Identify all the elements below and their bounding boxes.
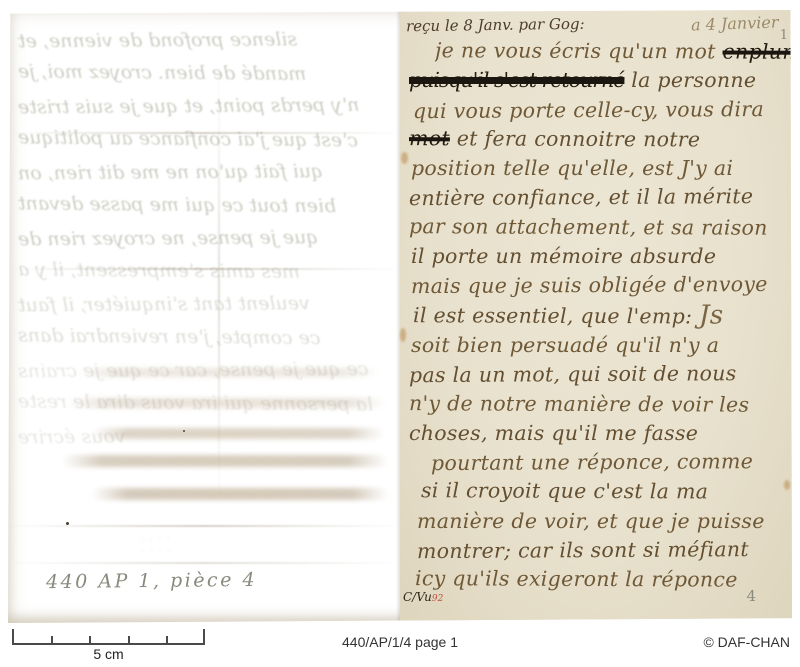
letter-line: manière de voir, et que je puisse [417,507,792,536]
rust-spot [400,328,406,342]
bleedthrough-line: que je pense, ne croyez rien de [18,221,386,257]
scale-tick [203,629,205,643]
letter-text: choses, mais qu'il me fasse [409,421,698,445]
letter-line: mot et fera connoitre notre [409,124,792,155]
struck-out-text: mot [409,126,450,150]
ink-smudge [62,455,388,467]
scale-tick [89,636,91,643]
letter-paper: silence profond de vienne, etmandé de bi… [8,10,792,623]
letter-line: il est essentiel, que l'emp: Js [413,300,792,332]
scale-tick [51,636,53,643]
scanned-letter-view: silence profond de vienne, etmandé de bi… [0,0,800,667]
letter-line: qui vous porte celle-cy, vous dira [413,94,792,126]
letter-text: pas la un mot, qui soit de nous [409,361,737,387]
bleedthrough-text: silence profond de vienne, etmandé de bi… [18,24,386,453]
letter-text: soit bien persuadé qu'il n'y a [411,333,719,357]
scale-label: 5 cm [12,646,205,662]
ink-smudge [78,368,378,377]
letter-line: mais que je suis obligée d'envoye [411,270,792,302]
stamp-text: · · · · [140,532,171,545]
letter-line: position telle qu'elle, est J'y ai [411,154,792,183]
bleedthrough-line: n'y perds point, et que je suis triste [18,89,386,125]
letter-text: manière de voir, et que je puisse [417,509,765,533]
letter-line: je ne vous écris qu'un mot enplume— [435,36,792,67]
bleedthrough-line: veulent tant s'inquiéter, il faut [18,287,386,323]
letter-text: icy qu'ils exigeront la réponce [415,567,738,592]
caption-bar: 5 cm 440/AP/1/4 page 1 © DAF-CHAN [0,623,800,667]
ink-smudge [68,398,386,408]
document-caption: 440/AP/1/4 page 1 [342,634,458,650]
paper-crease [8,525,400,527]
letter-line: par son attachement, et sa raison [409,212,792,243]
paper-crease [8,268,400,270]
letter-text: pourtant une réponce, comme [431,449,753,475]
letter-text: par son attachement, et sa raison [409,214,768,240]
letter-line: soit bien persuadé qu'il n'y a [411,331,792,360]
scale-tick [166,636,168,643]
letter-text: position telle qu'elle, est J'y ai [411,156,733,180]
rust-spot [401,152,408,164]
letter-text: la personne [624,68,756,92]
letter-line: pourtant une réponce, comme [431,447,792,479]
letter-line: n'y de notre manière de voir les [409,389,792,420]
letter-line: puisqu'il s'est retourné la personne [409,66,792,95]
letter-text: entière confiance, et il la mérite [409,185,753,211]
letter-text: montrer; car ils sont si méfiant [417,537,749,563]
letter-text: qui vous porte celle-cy, vous dira [413,97,764,123]
letter-line: entière confiance, et il la mérite [409,182,792,214]
letter-line: il porte un mémoire absurde [411,242,792,271]
letter-line: montrer; car ils sont si méfiant [417,535,792,567]
ink-smudge [92,428,384,439]
ink-smudge [92,488,388,500]
letter-line: choses, mais qu'il me fasse [409,419,792,448]
letter-text: mais que je suis obligée d'envoye [411,272,768,298]
scale-tick [12,629,14,643]
bleedthrough-line: mandé de bien. croyez moi, je [18,55,386,91]
bleedthrough-line: ce compte, j'en reviendrai dans [18,319,386,355]
corner-mark-number: 92 [432,594,443,604]
stamp-text: · · · · [141,544,172,557]
copyright-notice: © DAF-CHAN [703,634,790,650]
scale-tick [128,636,130,643]
bleedthrough-line: qui fait qu'on ne me dit rien, on [18,155,386,191]
letter-text: il est essentiel, que l'emp: [413,303,699,328]
letter-line: icy qu'ils exigeront la réponce [415,565,792,596]
received-annotation: reçu le 8 Janv. par Gog: [406,15,585,35]
letter-text: n'y de notre manière de voir les [409,391,749,416]
letter-page-right: reçu le 8 Janv. par Gog: a 4 Janvier 1 j… [400,10,792,623]
letter-body: je ne vous écris qu'un mot enplume—puisq… [409,37,792,595]
letter-line: si il croyoit que c'est la ma [421,477,792,508]
scale-bar [12,628,205,645]
archival-corner-mark: C/Vu92 [403,590,443,604]
paper-crease [8,132,400,134]
bleedthrough-line: bien tout ce qui me passe devant [18,187,386,223]
corner-mark-text: C/Vu [403,590,432,604]
archival-pencil-inscription: 440 AP 1, pièce 4 [46,569,257,593]
date-annotation: a 4 Janvier [690,12,778,34]
letter-line: pas la un mot, qui soit de nous [409,359,792,391]
ink-flourish: Js [699,300,724,330]
struck-out-text: enplume— [722,39,792,63]
pencil-page-number-bottom: 4 [746,587,756,605]
letter-text: si il croyoit que c'est la ma [421,479,708,504]
letter-page-left: silence profond de vienne, etmandé de bi… [8,10,400,623]
letter-text: et fera connoitre notre [450,126,700,151]
paper-crease [8,562,400,564]
paper-speck [66,522,69,525]
bleedthrough-line: mes amis s'empressent, il y a [18,253,386,289]
letter-text: je ne vous écris qu'un mot [435,38,723,63]
bleedthrough-line: c'est que j'ai confiance au politique [18,121,386,157]
letter-text: il porte un mémoire absurde [411,244,716,268]
bleedthrough-line: silence profond de vienne, et [18,23,386,59]
rust-spot [784,480,790,490]
faint-blue-stamp: · · · · · · · · [106,531,207,558]
paper-crease [218,70,220,510]
struck-out-text: puisqu'il s'est retourné [409,68,624,92]
paper-speck [183,430,185,432]
